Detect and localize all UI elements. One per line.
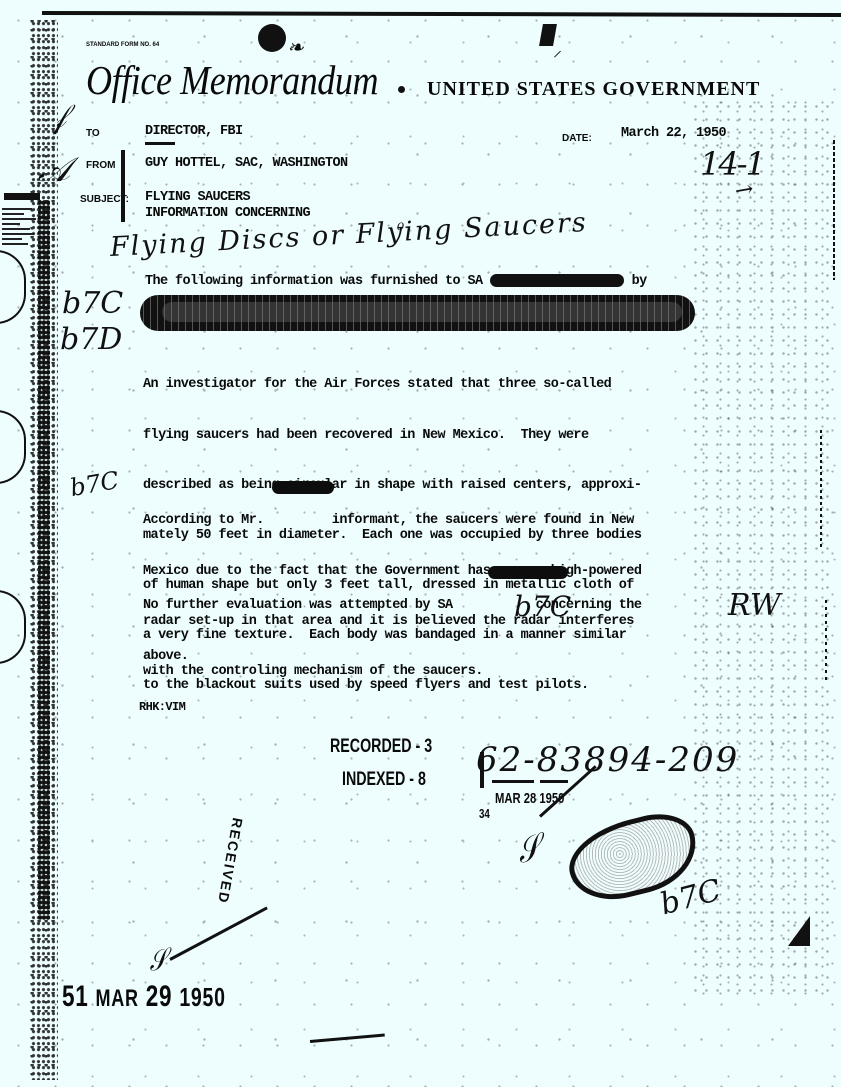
redaction-block-inner (162, 302, 682, 322)
bullet-separator (398, 86, 405, 93)
header-bracket-mark (121, 150, 125, 222)
binder-ring-icon (0, 590, 26, 664)
recorded-stamp: RECORDED - 3 (330, 736, 432, 758)
memo-title: Office Memorandum (86, 56, 378, 104)
received-date-stamp: 51 MAR 29 1950 (62, 980, 226, 1014)
date-value: March 22, 1950 (621, 126, 726, 141)
from-label: FROM (86, 160, 115, 171)
intro-text: The following information was furnished … (145, 274, 483, 289)
signature-stroke (310, 1033, 385, 1043)
to-value: DIRECTOR, FBI (145, 124, 243, 139)
stamp-month: MAR (96, 985, 139, 1012)
binder-strip (0, 190, 30, 1087)
corner-mark (788, 916, 810, 946)
underline-mark (145, 142, 175, 145)
subject-line-2: INFORMATION CONCERNING (145, 206, 310, 221)
file-number-underline (540, 780, 568, 783)
exemption-note-b7c-body: b7C (514, 590, 571, 623)
ink-mark: ⸝ (553, 38, 562, 62)
to-label: TO (86, 128, 100, 139)
file-suffix-stamp: 34 (479, 806, 490, 821)
typist-initials: RHK:VIM (139, 700, 185, 714)
stamp-day: 29 (146, 980, 173, 1013)
top-edge-line (42, 11, 841, 17)
right-edge-line (833, 140, 835, 280)
exemption-note-b7c-lower: b7C (68, 466, 121, 502)
handwritten-initials: RW (728, 588, 781, 623)
binder-ring-icon (0, 410, 26, 484)
binder-ring-icon (0, 250, 26, 324)
binder-index-lines (2, 205, 38, 248)
signature-stroke (169, 907, 268, 961)
redaction-informant-name (272, 481, 334, 494)
date-label: DATE: (562, 133, 592, 144)
body-intro: The following information was furnished … (145, 274, 647, 289)
binder-tab (4, 193, 40, 200)
exemption-note-b7d: b7D (60, 322, 122, 357)
file-number: 62-83894-209 (476, 740, 739, 780)
form-number: STANDARD FORM NO. 64 (86, 42, 159, 48)
left-edge-grime-dense (38, 200, 50, 920)
subject-line-1: FLYING SAUCERS (145, 190, 250, 205)
paragraph-3: No further evaluation was attempted by S… (143, 565, 641, 682)
stamp-year: 1950 (179, 982, 225, 1012)
redaction-agent-name (488, 566, 568, 579)
file-number-underline (492, 780, 534, 783)
exemption-note-b7c: b7C (62, 286, 123, 321)
hole-punch-mark (258, 24, 286, 52)
paper-speckle-right (690, 100, 830, 1000)
margin-scribble: 𝒜 (38, 150, 70, 190)
signature-scribble: 𝒮 (510, 827, 547, 872)
from-value: GUY HOTTEL, SAC, WASHINGTON (145, 156, 348, 171)
received-stamp: RECEIVED (215, 817, 246, 906)
signature-scribble-bottom: 𝒮 (144, 944, 171, 979)
right-edge-line (825, 600, 827, 680)
intro-by: by (632, 274, 647, 289)
redaction-bar (490, 274, 624, 287)
handwritten-date-note: 14-1 (700, 145, 764, 183)
right-edge-line (820, 430, 822, 550)
indexed-stamp: INDEXED - 8 (342, 769, 426, 791)
stamp-prefix: 51 (62, 980, 89, 1013)
agency-name: UNITED STATES GOVERNMENT (427, 78, 760, 101)
